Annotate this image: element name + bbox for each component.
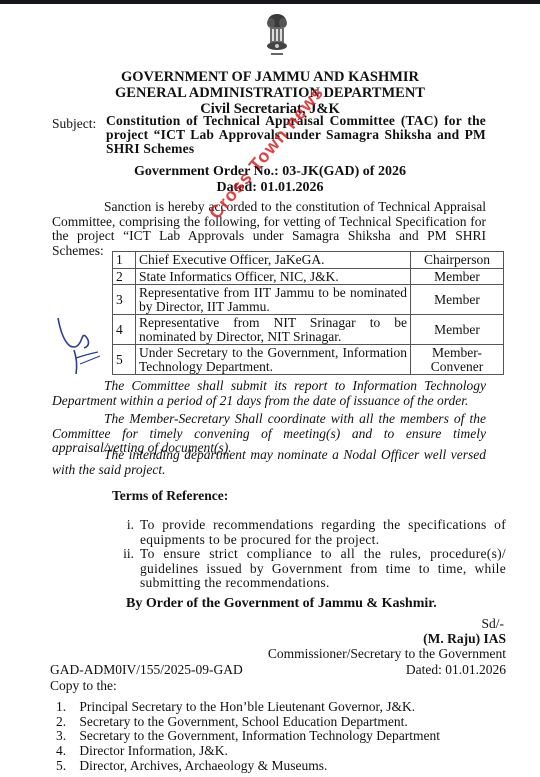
state-emblem-icon — [262, 12, 292, 58]
intro-paragraph: Sanction is hereby accorded to the const… — [52, 200, 486, 258]
terms-of-reference-title: Terms of Reference: — [112, 488, 228, 504]
top-bar — [0, 0, 540, 4]
list-item: 2. Secretary to the Government, School E… — [56, 715, 440, 730]
by-order-line: By Order of the Government of Jammu & Ka… — [126, 596, 437, 612]
serial-number: 5 — [113, 345, 136, 375]
handwritten-signature — [48, 310, 108, 375]
order-date: Dated: 01.01.2026 — [0, 180, 540, 196]
member-name: Representative from NIT Srinagar to be n… — [136, 315, 411, 345]
serial-number: 1 — [113, 252, 136, 269]
reference-number: GAD-ADM0IV/155/2025-09-GAD — [50, 662, 243, 678]
copy-to-list: 1. Principal Secretary to the Hon’ble Li… — [56, 700, 440, 774]
copy-to-label: Copy to the: — [50, 678, 117, 694]
table-row: 4Representative from NIT Srinagar to be … — [113, 315, 504, 345]
table-row: 1Chief Executive Officer, JaKeGA.Chairpe… — [113, 252, 504, 269]
signature-sd: Sd/- — [481, 616, 504, 632]
list-item: 4. Director Information, J&K. — [56, 744, 440, 759]
nodal-officer-paragraph: The intending department may nominate a … — [52, 448, 486, 477]
member-name: State Informatics Officer, NIC, J&K. — [136, 268, 411, 285]
member-name: Chief Executive Officer, JaKeGA. — [136, 252, 411, 269]
committee-members-table: 1Chief Executive Officer, JaKeGA.Chairpe… — [112, 251, 504, 375]
subject-text: Constitution of Technical Appraisal Comm… — [106, 114, 486, 156]
table-row: 5Under Secretary to the Government, Info… — [113, 345, 504, 375]
signature-date: Dated: 01.01.2026 — [406, 662, 506, 678]
member-role: Member — [411, 285, 504, 315]
signatory-name: (M. Raju) IAS — [423, 631, 506, 647]
serial-number: 3 — [113, 285, 136, 315]
list-item: 1. Principal Secretary to the Hon’ble Li… — [56, 700, 440, 715]
member-name: Representative from IIT Jammu to be nomi… — [136, 285, 411, 315]
member-role: Member — [411, 315, 504, 345]
member-role: Chairperson — [411, 252, 504, 269]
table-row: 2State Informatics Officer, NIC, J&K.Mem… — [113, 268, 504, 285]
subject-label: Subject: — [52, 116, 96, 132]
signatory-designation: Commissioner/Secretary to the Government — [268, 646, 506, 662]
order-number: Government Order No.: 03-JK(GAD) of 2026 — [0, 164, 540, 180]
member-role: Member-Convener — [411, 345, 504, 375]
member-name: Under Secretary to the Government, Infor… — [136, 345, 411, 375]
list-item: 3. Secretary to the Government, Informat… — [56, 729, 440, 744]
member-role: Member — [411, 268, 504, 285]
list-item: 5. Director, Archives, Archaeology & Mus… — [56, 759, 440, 774]
serial-number: 2 — [113, 268, 136, 285]
report-paragraph: The Committee shall submit its report to… — [52, 379, 486, 408]
serial-number: 4 — [113, 315, 136, 345]
table-row: 3Representative from IIT Jammu to be nom… — [113, 285, 504, 315]
